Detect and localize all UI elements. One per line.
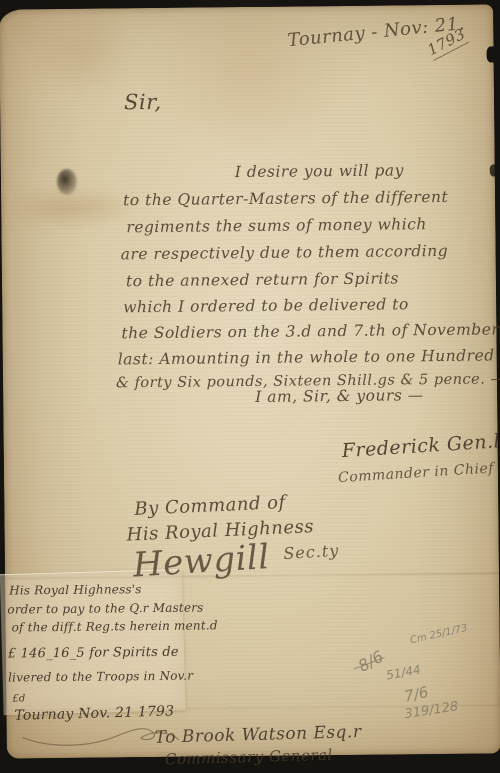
- command-line: By Command of: [134, 492, 286, 520]
- smudge: [1, 190, 141, 225]
- paper-stain: [19, 8, 140, 99]
- paper-edge-notch: [490, 164, 498, 176]
- secretary-title: Sec.ty: [283, 541, 340, 563]
- body-line: last: Amounting in the whole to one Hund…: [118, 346, 495, 368]
- pencil-reference: Cm 25/1/73: [409, 623, 468, 646]
- docket-line: of the diff.t Reg.ts herein ment.d: [11, 618, 217, 634]
- docket-line: £ 146_16_5 for Spirits de: [8, 645, 179, 662]
- photo-of-letter: Tournay - Nov: 21. 1793 Sir, I desire yo…: [0, 0, 500, 773]
- address-recipient-title: Commissary General: [165, 746, 333, 769]
- letter-paper: Tournay - Nov: 21. 1793 Sir, I desire yo…: [0, 4, 500, 758]
- paper-edge-notch: [487, 46, 497, 62]
- dateline: Tournay - Nov: 21. 1793: [287, 13, 466, 51]
- ink-blot: [57, 169, 77, 195]
- docket-line: £d: [12, 693, 25, 704]
- closing-line: I am, Sir, & yours —: [255, 386, 424, 406]
- address-recipient: To Brook Watson Esq.r: [154, 722, 361, 748]
- body-line: to the annexed return for Spirits: [126, 269, 399, 290]
- body-line: are respectively due to them according: [121, 242, 449, 263]
- body-line: I desire you will pay: [235, 161, 404, 181]
- docket-line: livered to the Troops in Nov.r: [8, 669, 193, 685]
- salutation: Sir,: [124, 90, 162, 114]
- docket-line: His Royal Highness's: [9, 582, 142, 597]
- body-line: the Soldiers on the 3.d and 7.th of Nove…: [121, 320, 499, 342]
- signature-frederick: Frederick Gen.l: [341, 430, 500, 462]
- signature-title: Commander in Chief: [338, 460, 495, 486]
- body-line: to the Quarter-Masters of the different: [123, 188, 448, 209]
- pencil-value: 51/44: [385, 662, 422, 682]
- body-line: which I ordered to be delivered to: [123, 295, 409, 316]
- docket-date-line: Tournay Nov. 21 1793: [14, 703, 174, 723]
- pencil-value: 7/6: [403, 683, 430, 706]
- body-line: regiments the sums of money which: [126, 215, 427, 236]
- secretary-name: Hewgill: [132, 537, 271, 586]
- docket-line: order to pay to the Q.r Masters: [7, 600, 203, 616]
- pencil-crossed-value: 8/6: [355, 647, 387, 676]
